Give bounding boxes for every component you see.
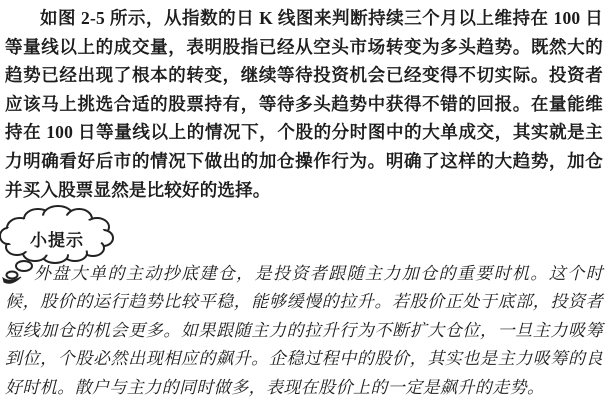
tip-paragraph: 外盘大单的主动抄底建仓，是投资者跟随主力加仓的重要时机。这个时候，股价的运行趋势… <box>5 260 603 402</box>
body-paragraph: 如图 2-5 所示，从指数的日 K 线图来判断持续三个月以上维持在 100 日等… <box>5 4 603 204</box>
book-page: 如图 2-5 所示，从指数的日 K 线图来判断持续三个月以上维持在 100 日等… <box>0 0 609 402</box>
tip-bubble-label: 小提示 <box>24 226 90 251</box>
